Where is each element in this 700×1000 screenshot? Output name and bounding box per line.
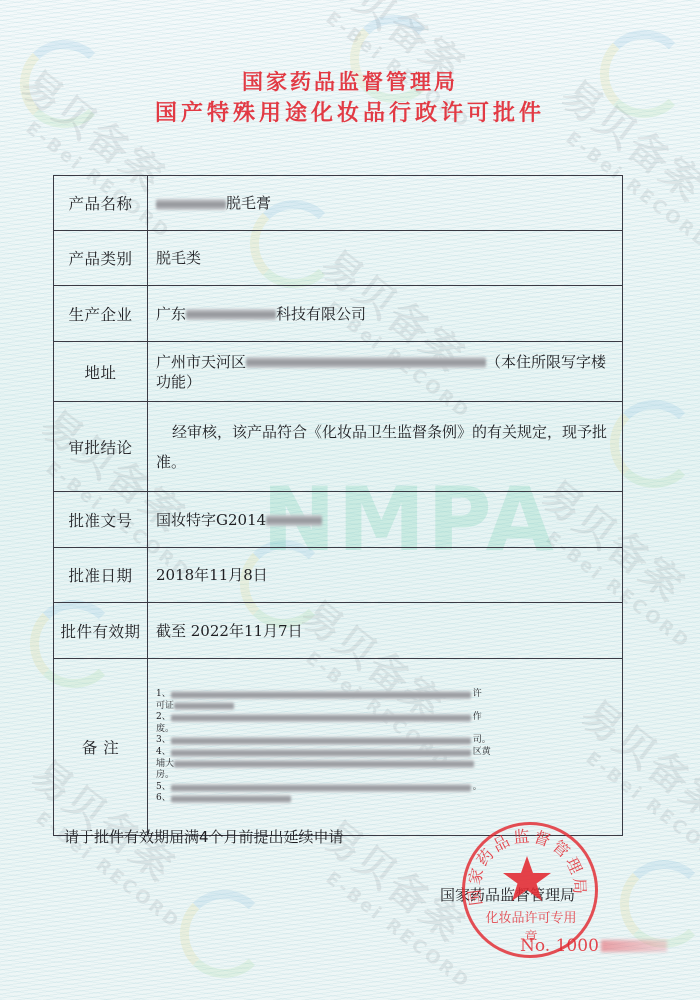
row-product-name: 产品名称 脱毛膏 (54, 176, 623, 231)
redaction-bar (171, 737, 471, 745)
redaction-bar (186, 309, 276, 320)
redaction-bar (174, 760, 474, 768)
redaction-bar (171, 691, 471, 699)
address-value: 广州市天河区（本住所限写字楼功能） (148, 342, 623, 402)
redaction-bar (174, 702, 234, 710)
product-name-value: 脱毛膏 (148, 176, 623, 231)
issuer-name: 国家药品监督管理局 (440, 884, 575, 905)
manufacturer-value: 广东科技有限公司 (148, 286, 623, 342)
remark-line: 埔大 (156, 759, 616, 771)
redaction-bar (171, 795, 291, 803)
license-table: 产品名称 脱毛膏 产品类别 脱毛类 生产企业 广东科技有限公司 地址 广州市天河… (53, 175, 623, 836)
approval-conclusion-label: 审批结论 (54, 402, 148, 492)
remark-line: 2、作 (156, 712, 616, 724)
remark-line: 5、。 (156, 782, 616, 794)
row-validity: 批件有效期 截至 2022年11月7日 (54, 603, 623, 659)
row-manufacturer: 生产企业 广东科技有限公司 (54, 286, 623, 342)
redaction-bar (171, 714, 471, 722)
remark-line: 3、司。 (156, 735, 616, 747)
remark-line: 6、 (156, 793, 616, 805)
remark-line: 1、许 (156, 689, 616, 701)
validity-value: 截至 2022年11月7日 (148, 603, 623, 659)
approval-date-label: 批准日期 (54, 548, 148, 603)
remarks-value: 1、许可证2、作废。3、司。4、区黄埔大房。5、。6、 (148, 659, 623, 836)
seal-number: No. 1000 (520, 936, 667, 956)
remarks-list: 1、许可证2、作废。3、司。4、区黄埔大房。5、。6、 (156, 689, 616, 805)
redaction-bar (601, 940, 667, 952)
approval-number-value: 国妆特字G2014 (148, 492, 623, 548)
manufacturer-label: 生产企业 (54, 286, 148, 342)
remark-line: 房。 (156, 770, 616, 782)
product-category-label: 产品类别 (54, 231, 148, 286)
row-approval-number: 批准文号 国妆特字G2014 (54, 492, 623, 548)
approval-number-label: 批准文号 (54, 492, 148, 548)
remark-line: 废。 (156, 724, 616, 736)
row-remarks: 备 注 1、许可证2、作废。3、司。4、区黄埔大房。5、。6、 (54, 659, 623, 836)
redaction-bar (156, 199, 226, 210)
redaction-bar (171, 784, 471, 792)
product-name-label: 产品名称 (54, 176, 148, 231)
remark-line: 可证 (156, 701, 616, 713)
approval-date-value: 2018年11月8日 (148, 548, 623, 603)
row-address: 地址 广州市天河区（本住所限写字楼功能） (54, 342, 623, 402)
redaction-bar (171, 749, 471, 757)
redaction-bar (266, 515, 322, 526)
renewal-notice: 请于批件有效期届满4个月前提出延续申请 (64, 826, 344, 847)
row-approval-date: 批准日期 2018年11月8日 (54, 548, 623, 603)
redaction-bar (246, 357, 486, 368)
remark-line: 4、区黄 (156, 747, 616, 759)
row-approval-conclusion: 审批结论 经审核，该产品符合《化妆品卫生监督条例》的有关规定，现予批准。 (54, 402, 623, 492)
address-label: 地址 (54, 342, 148, 402)
validity-label: 批件有效期 (54, 603, 148, 659)
row-product-category: 产品类别 脱毛类 (54, 231, 623, 286)
product-category-value: 脱毛类 (148, 231, 623, 286)
approval-conclusion-value: 经审核，该产品符合《化妆品卫生监督条例》的有关规定，现予批准。 (148, 402, 623, 492)
authority-title: 国家药品监督管理局 (0, 66, 700, 96)
remarks-label: 备 注 (54, 659, 148, 836)
document-title: 国产特殊用途化妆品行政许可批件 (0, 96, 700, 127)
